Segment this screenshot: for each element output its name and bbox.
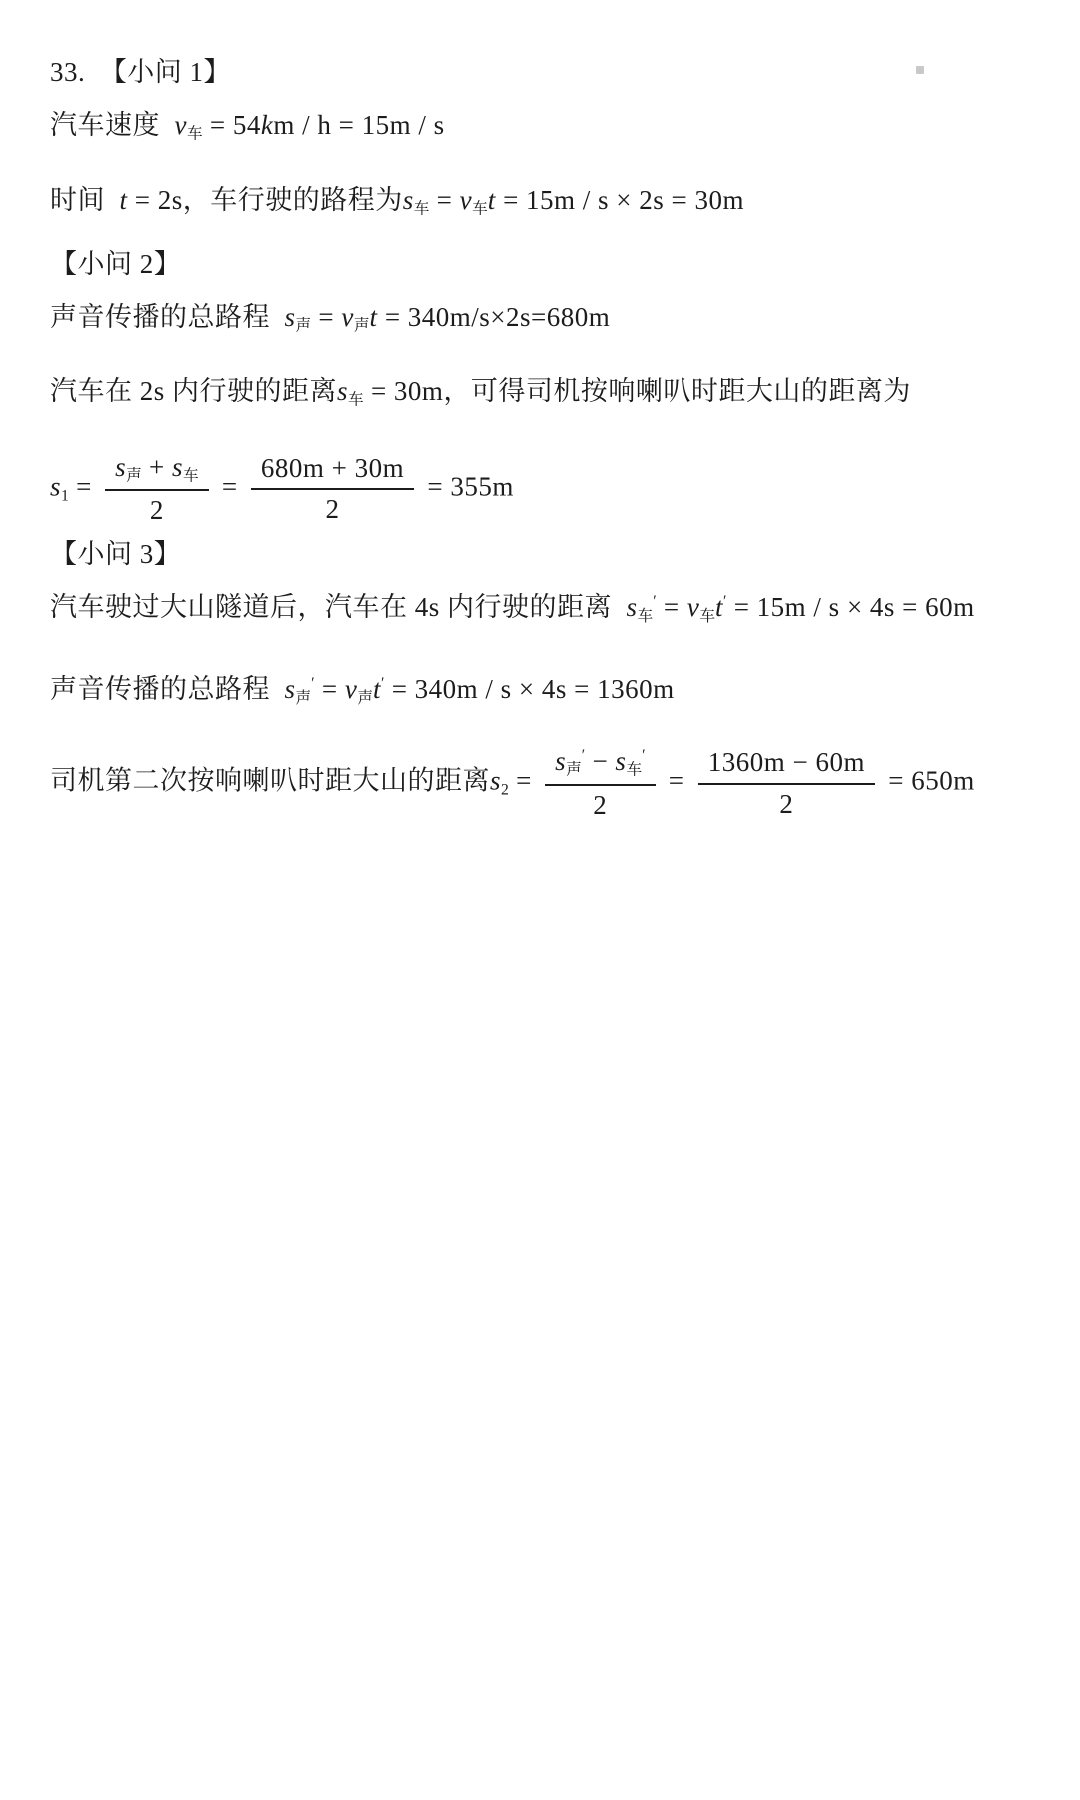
math-subscript: 声 [296,689,312,706]
math-text: 2s [133,376,173,406]
fraction-denominator: 2 [105,491,209,528]
math-text: = [509,766,539,796]
math-text: + [142,452,172,482]
math-text: = 340m/s×2s=680m [378,302,611,332]
solution-text-block: 33. 【小问 1】汽车速度 v车 = 54km / h = 15m / s时间… [50,52,1040,822]
math-subscript: 车 [183,467,199,484]
math-text: 2 [150,495,164,525]
math-variable: v [175,110,187,140]
math-variable: v [460,185,472,215]
math-text: = [311,302,341,332]
math-subscript: 声 [354,318,370,335]
math-text: 2 [593,790,607,820]
car-distance-2s-line: 汽车在 2s 内行驶的距离s车 = 30m，可得司机按响喇叭时距大山的距离为 [50,371,1040,421]
math-text: = 30m [364,376,444,406]
math-text: = 15m / s × 2s = 30m [496,185,744,215]
math-subscript: 声 [126,467,142,484]
math-variable: s [627,592,638,622]
math-text: = 355m [420,471,514,501]
car-speed-line: 汽车速度 v车 = 54km / h = 15m / s [50,105,1040,155]
heading-subquestion-1: 33. 【小问 1】 [50,52,1040,92]
fraction: s声′ − s车′2 [545,745,655,822]
math-variable: v [341,302,353,332]
text-run: 声音传播的总路程 [50,302,270,332]
text-run: 内行驶的距离 [447,592,612,622]
fraction-denominator: 2 [545,786,655,823]
math-subscript: 车 [638,608,654,625]
math-text: = 15m / s × 4s = 60m [726,592,974,622]
math-text: = [69,471,99,501]
math-text: 2 [326,494,340,524]
math-subscript: 车 [699,608,715,625]
text-run: 【小问 2】 [50,249,181,279]
math-text [270,674,285,704]
math-text: 680m + 30m [261,453,404,483]
fraction-numerator: 680m + 30m [251,452,414,491]
math-subscript: 2 [501,782,509,799]
math-variable: s [403,185,414,215]
math-text: = 650m [881,766,975,796]
math-subscript: 声 [357,689,373,706]
sound-total-distance-line: 声音传播的总路程 s声 = v声t = 340m/s×2s=680m [50,297,1040,347]
math-text [160,110,175,140]
text-run: 33. [50,57,100,87]
math-variable: s [337,376,348,406]
math-text: = [315,674,345,704]
math-text [612,592,627,622]
fraction-numerator: s声′ − s车′ [545,745,655,785]
text-run: 可得司机按响喇叭时距大山的距离为 [471,376,911,406]
document-page: 33. 【小问 1】汽车速度 v车 = 54km / h = 15m / s时间… [0,0,1080,1800]
text-run: 内行驶的距离 [172,376,337,406]
math-variable: s [172,452,183,482]
math-subscript: 车 [187,126,203,143]
fraction-denominator: 2 [251,490,414,527]
math-text [105,185,120,215]
math-text: = 54 [203,110,261,140]
car-distance-4s-line: 汽车驶过大山隧道后，汽车在 4s 内行驶的距离 s车′ = v车t′ = 15m… [50,582,1040,637]
text-run: 时间 [50,185,105,215]
math-variable: s [285,674,296,704]
math-subscript: 1 [61,487,69,504]
time-and-car-distance-line: 时间 t = 2s，车行驶的路程为s车 = v车t = 15m / s × 2s… [50,180,1040,230]
text-run: 【小问 3】 [50,539,181,569]
math-variable: s [490,766,501,796]
math-prime: ′ [642,747,645,764]
text-run: 汽车在 [50,376,133,406]
text-run: 声音传播的总路程 [50,674,270,704]
math-subscript: 车 [348,392,364,409]
math-variable: v [345,674,357,704]
heading-subquestion-2: 【小问 2】 [50,244,1040,284]
math-subscript: 车 [472,200,488,217]
math-variable: v [687,592,699,622]
math-text: = 2s [128,185,183,215]
fraction-numerator: s声 + s车 [105,451,209,491]
fraction-denominator: 2 [698,785,875,822]
fraction: 680m + 30m2 [251,452,414,528]
math-variable: k [261,110,273,140]
math-variable: t [120,185,128,215]
math-text: 2 [779,789,793,819]
text-run: 汽车速度 [50,110,160,140]
sound-total-distance-4s-line: 声音传播的总路程 s声′ = v声t′ = 340m / s × 4s = 13… [50,664,1040,719]
formula-s1-line: s1 = s声 + s车2 = 680m + 30m2 = 355m [50,451,1040,528]
math-text: = [429,185,459,215]
math-variable: s [285,302,296,332]
math-text: = [662,766,692,796]
text-run: ， [183,185,211,215]
text-run: ， [443,376,471,406]
math-text: = [215,471,245,501]
text-run: 【小问 1】 [100,57,231,87]
text-run: 司机第二次按响喇叭时距大山的距离 [50,766,490,796]
math-variable: s [615,746,626,776]
math-text: 1360m − 60m [708,747,865,777]
formula-s2-line: 司机第二次按响喇叭时距大山的距离s2 = s声′ − s车′2 = 1360m … [50,745,1040,822]
scan-artifact-dot [916,66,924,74]
text-run: 车行驶的路程为 [210,185,403,215]
math-variable: t [370,302,378,332]
math-text: − [585,746,615,776]
math-variable: s [555,746,566,776]
math-variable: t [488,185,496,215]
fraction: s声 + s车2 [105,451,209,528]
math-text: = [657,592,687,622]
math-subscript: 车 [414,200,430,217]
math-variable: t [373,674,381,704]
text-run: 汽车驶过大山隧道后，汽车在 [50,592,408,622]
heading-subquestion-3: 【小问 3】 [50,534,1040,574]
math-subscript: 声 [566,762,582,779]
math-text [270,302,285,332]
math-variable: s [50,471,61,501]
math-variable: t [715,592,723,622]
math-variable: s [115,452,126,482]
math-subscript: 车 [626,762,642,779]
math-text: m / h = 15m / s [273,110,444,140]
math-text: 4s [408,592,448,622]
math-subscript: 声 [296,318,312,335]
fraction-numerator: 1360m − 60m [698,746,875,785]
fraction: 1360m − 60m2 [698,746,875,822]
math-text: = 340m / s × 4s = 1360m [384,674,674,704]
